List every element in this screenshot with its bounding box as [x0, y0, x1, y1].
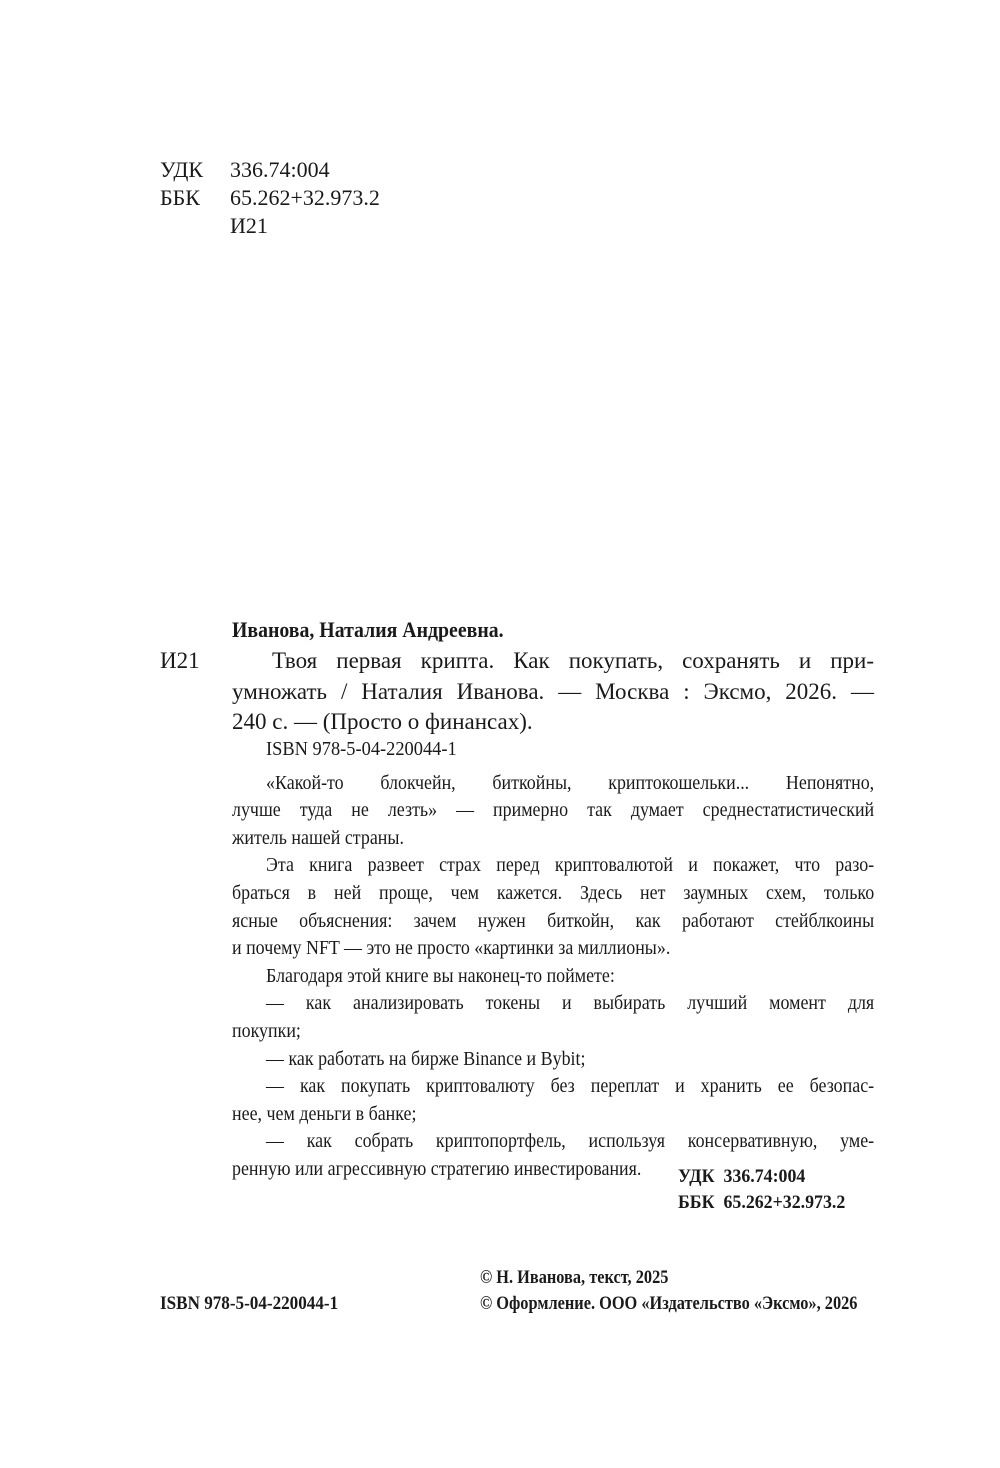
- annotation-line: Эта книга развеет страх перед криптовалю…: [232, 852, 874, 880]
- annotation-line: и почему NFT — это не просто «картинки з…: [232, 935, 874, 963]
- udk-value: 336.74:004: [230, 156, 330, 184]
- annotation-line: покупки;: [232, 1018, 874, 1046]
- title-line: 240 с. — (Просто о финансах).: [232, 707, 874, 738]
- bottom-udk: УДК 336.74:004: [678, 1164, 845, 1190]
- annotation-line: нее, чем деньги в банке;: [232, 1101, 874, 1129]
- bbk-label: ББК: [160, 184, 230, 212]
- title-record: Твоя первая крипта. Как покупать, сохран…: [232, 646, 874, 738]
- author-mark-row: И21: [160, 212, 380, 240]
- bbk-value: 65.262+32.973.2: [230, 184, 380, 212]
- isbn-record: ISBN 978-5-04-220044-1: [232, 736, 874, 764]
- top-classification: УДК 336.74:004 ББК 65.262+32.973.2 И21: [160, 156, 380, 240]
- annotation-line: — как анализировать токены и выбирать лу…: [232, 990, 874, 1018]
- annotation-line: житель нашей страны.: [232, 825, 874, 853]
- copyright-text: © Н. Иванова, текст, 2025: [480, 1265, 857, 1291]
- bbk-row: ББК 65.262+32.973.2: [160, 184, 380, 212]
- annotation-line: «Какой-то блокчейн, биткойны, криптокоше…: [232, 770, 874, 798]
- author-mark-left: И21: [160, 646, 200, 676]
- copyright-design: © Оформление. ООО «Издательство «Эксмо»,…: [480, 1291, 857, 1317]
- udk-label: УДК: [160, 156, 230, 184]
- annotation-line: лучше туда не лезть» — примерно так дума…: [232, 797, 874, 825]
- bottom-classification: УДК 336.74:004 ББК 65.262+32.973.2: [678, 1164, 845, 1216]
- annotation: ISBN 978-5-04-220044-1 «Какой-то блокчей…: [232, 736, 823, 1184]
- annotation-line: — как собрать криптопортфель, используя …: [232, 1128, 874, 1156]
- annotation-line: ясные объяснения: зачем нужен биткойн, к…: [232, 908, 874, 936]
- title-line: умножать / Наталия Иванова. — Москва : Э…: [232, 677, 874, 708]
- copyright-block: © Н. Иванова, текст, 2025 © Оформление. …: [480, 1265, 857, 1317]
- annotation-line: — как покупать криптовалюту без переплат…: [232, 1073, 874, 1101]
- author-heading: Иванова, Наталия Андреевна.: [232, 616, 504, 644]
- footer-isbn: ISBN 978-5-04-220044-1: [160, 1291, 338, 1317]
- title-line: Твоя первая крипта. Как покупать, сохран…: [232, 646, 874, 677]
- annotation-line: Благодаря этой книге вы наконец-то пойме…: [232, 963, 874, 991]
- author-mark: И21: [230, 212, 268, 240]
- annotation-line: — как работать на бирже Binance и Bybit;: [232, 1046, 874, 1074]
- annotation-line: браться в ней проще, чем кажется. Здесь …: [232, 880, 874, 908]
- bottom-bbk: ББК 65.262+32.973.2: [678, 1190, 845, 1216]
- udk-row: УДК 336.74:004: [160, 156, 380, 184]
